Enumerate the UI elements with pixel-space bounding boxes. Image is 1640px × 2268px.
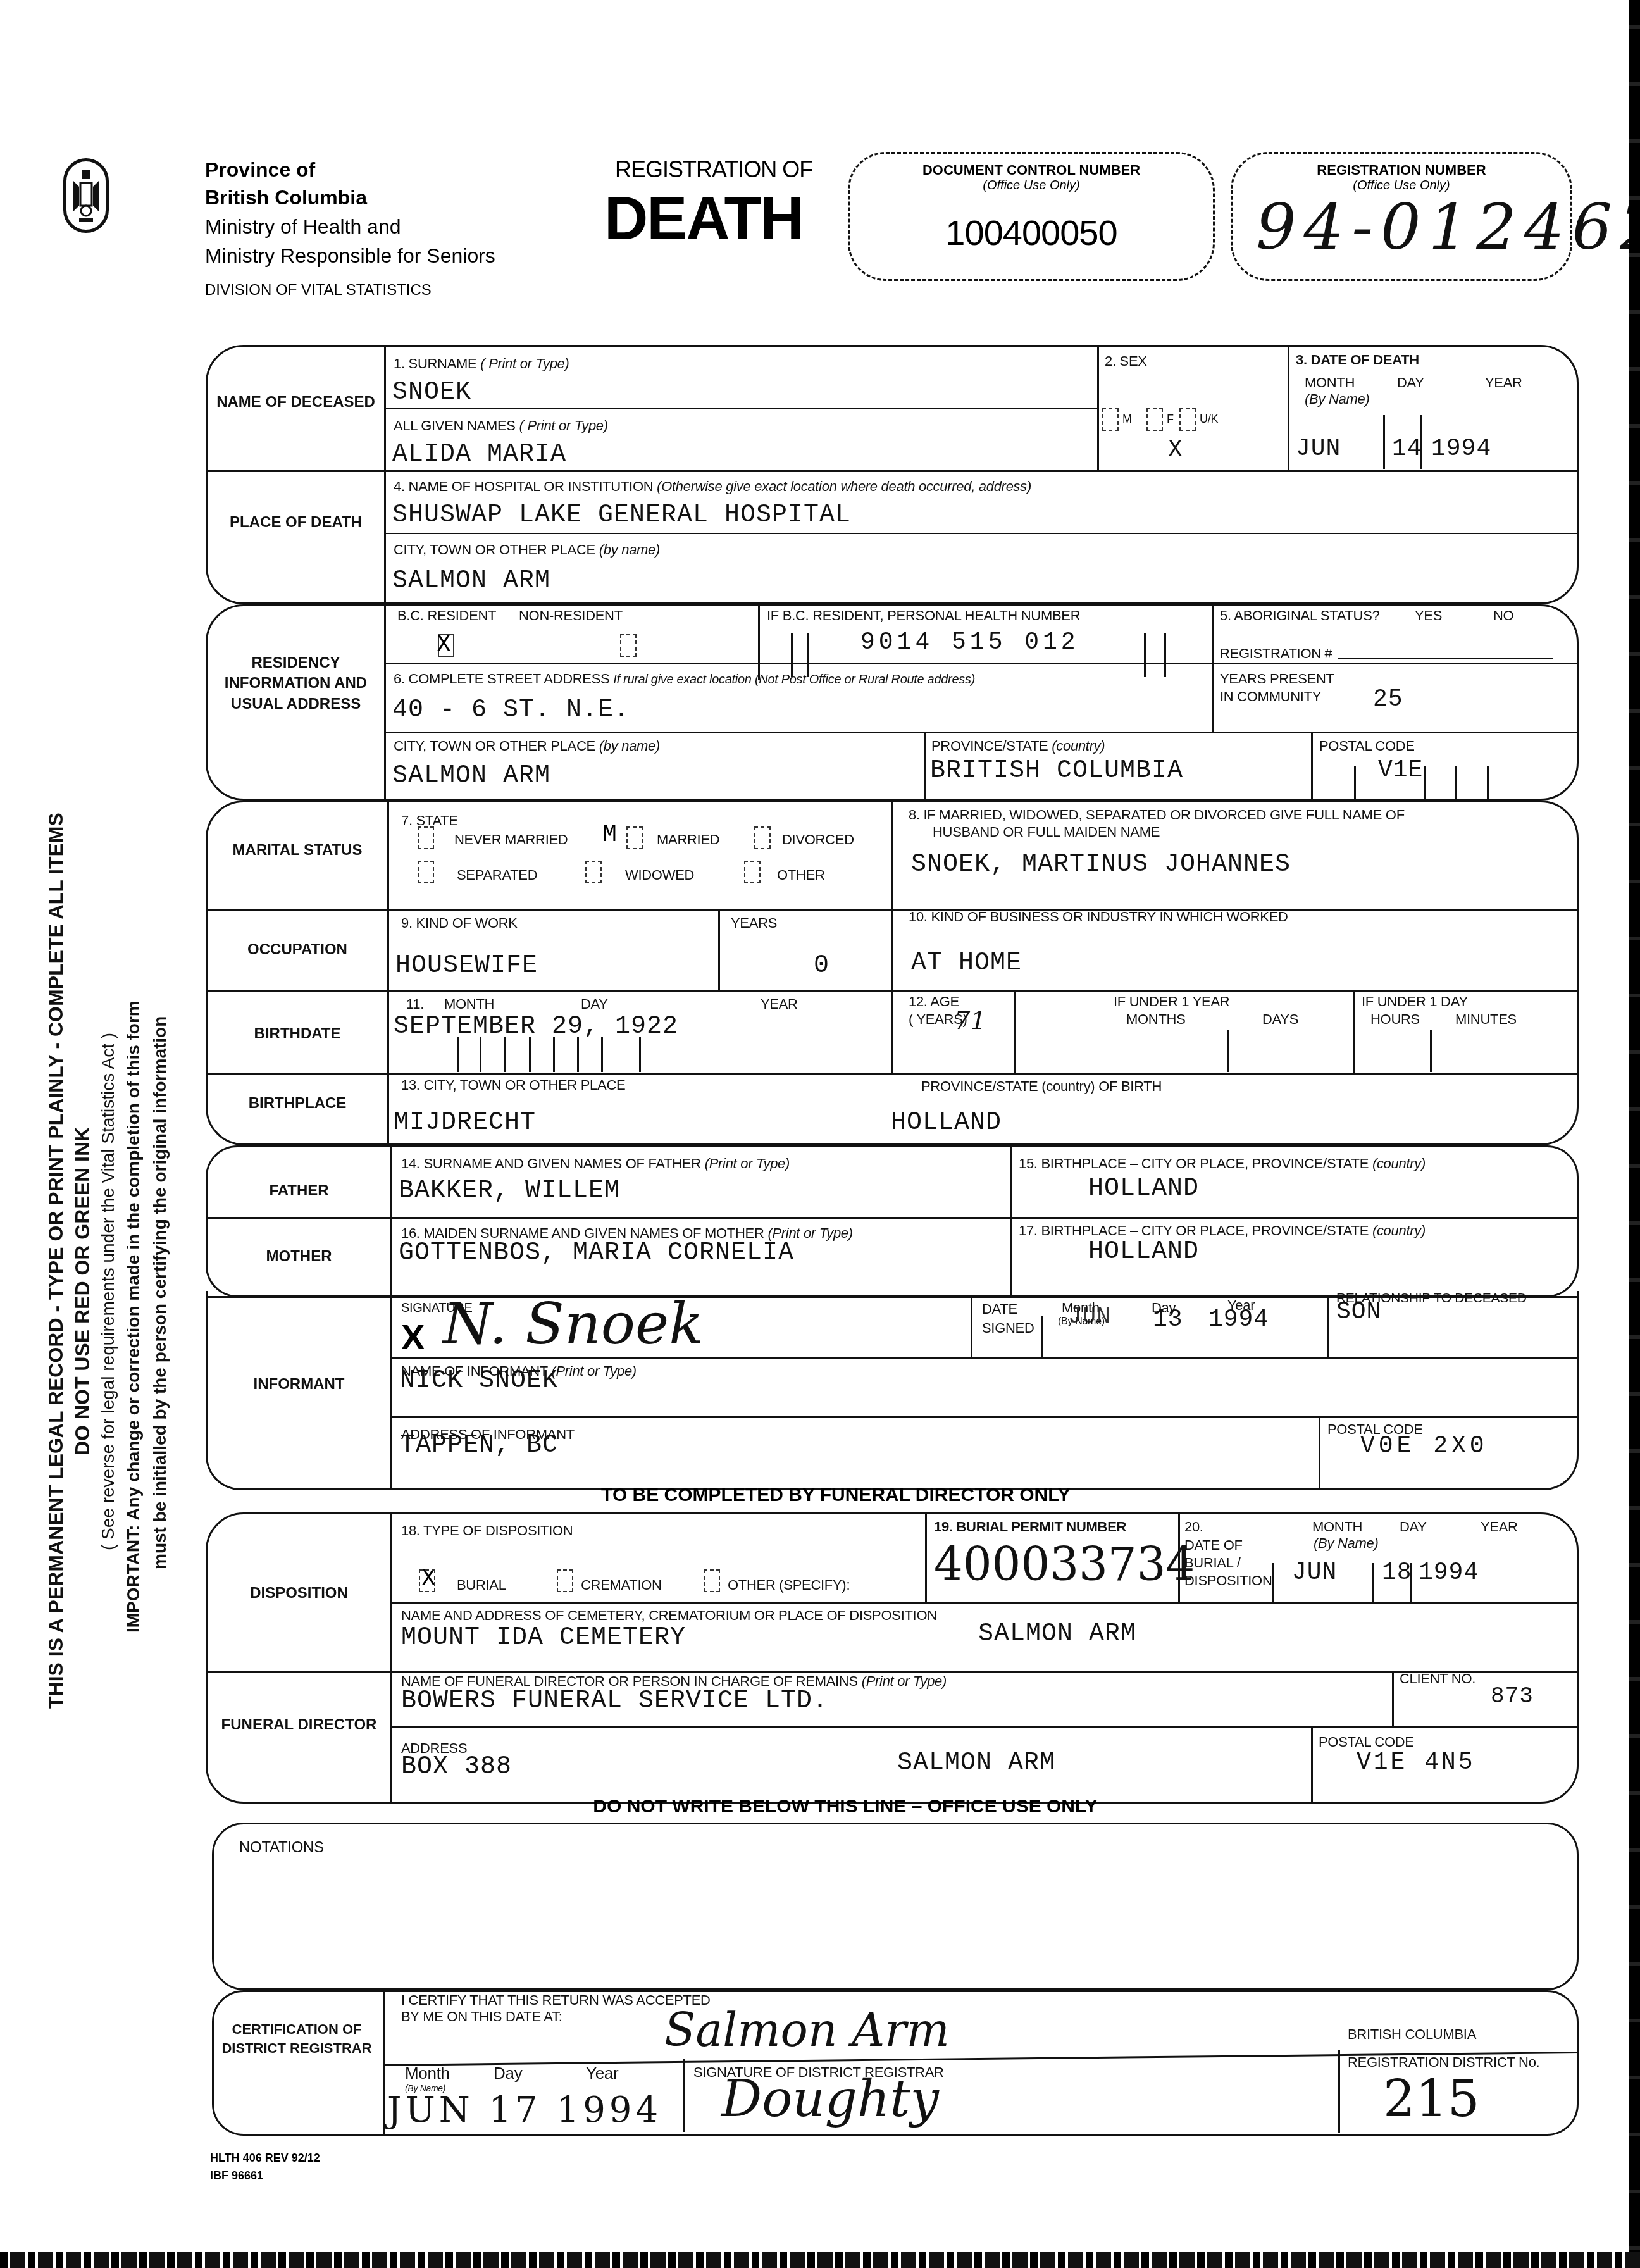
- ibf-code: IBF 96661: [210, 2169, 263, 2183]
- dod-year-value[interactable]: 1994: [1431, 435, 1491, 463]
- province-label: PROVINCE/STATE: [931, 738, 1048, 754]
- birth-month-label: MONTH: [444, 996, 494, 1012]
- business-label: 10. KIND OF BUSINESS OR INDUSTRY IN WHIC…: [909, 909, 1288, 925]
- hospital-hint: (Otherwise give exact location where dea…: [657, 478, 1031, 494]
- residence-city-value[interactable]: SALMON ARM: [392, 762, 550, 790]
- disposition-type-label: 18. TYPE OF DISPOSITION: [401, 1523, 573, 1538]
- informant-address-value[interactable]: TAPPEN, BC: [400, 1431, 558, 1460]
- disposition-month-hint: (By Name): [1314, 1535, 1378, 1551]
- other-checkbox[interactable]: [744, 861, 761, 883]
- section-label-mother: MOTHER: [209, 1247, 389, 1267]
- funeral-director-banner: TO BE COMPLETED BY FUNERAL DIRECTOR ONLY: [0, 1485, 1640, 1506]
- spouse-label-2: HUSBAND OR FULL MAIDEN NAME: [933, 824, 1160, 840]
- kind-of-work-label: 9. KIND OF WORK: [401, 915, 518, 931]
- option-divorced: DIVORCED: [782, 832, 854, 847]
- section-label-name-of-deceased: NAME OF DECEASED: [209, 392, 383, 413]
- reg-number-value: 94-012462: [1256, 190, 1640, 264]
- aboriginal-yes-label: YES: [1415, 607, 1442, 623]
- widowed-checkbox[interactable]: [585, 861, 602, 883]
- phn-value[interactable]: 9014 515 012: [860, 629, 1079, 656]
- section-label-father: FATHER: [209, 1181, 389, 1201]
- surname-value[interactable]: SNOEK: [392, 378, 471, 407]
- cemetery-city-value[interactable]: SALMON ARM: [978, 1620, 1136, 1648]
- cemetery-value[interactable]: MOUNT IDA CEMETERY: [401, 1624, 686, 1652]
- section-label-birthdate: BIRTHDATE: [209, 1024, 386, 1044]
- surname-hint: ( Print or Type): [480, 356, 569, 371]
- sex-checkbox-uk[interactable]: [1179, 408, 1196, 431]
- province-line-2: British Columbia: [205, 184, 367, 211]
- registration-label: REGISTRATION #: [1220, 645, 1332, 661]
- cremation-checkbox[interactable]: [557, 1569, 573, 1592]
- disposition-date-number: 20.: [1184, 1519, 1203, 1535]
- doc-control-value: 100400050: [848, 212, 1215, 253]
- section-label-funeral-director: FUNERAL DIRECTOR: [209, 1715, 389, 1735]
- death-city-value[interactable]: SALMON ARM: [392, 567, 550, 595]
- aboriginal-status-label: 5. ABORIGINAL STATUS?: [1220, 607, 1379, 623]
- client-no-label: CLIENT NO.: [1400, 1671, 1475, 1686]
- informant-name-hint: (Print or Type): [551, 1363, 636, 1379]
- registration-input[interactable]: [1338, 658, 1553, 659]
- side-instruction-2: DO NOT USE RED OR GREEN INK: [71, 1127, 94, 1455]
- father-name-label: 14. SURNAME AND GIVEN NAMES OF FATHER: [401, 1156, 701, 1171]
- certify-line-2: BY ME ON THIS DATE AT:: [401, 2009, 562, 2024]
- ministry-line-1: Ministry of Health and: [205, 213, 401, 240]
- work-years-label: YEARS: [731, 915, 777, 931]
- father-birthplace-label: 15. BIRTHPLACE – CITY OR PLACE, PROVINCE…: [1019, 1156, 1369, 1171]
- funeral-director-address-value[interactable]: BOX 388: [401, 1753, 512, 1781]
- cert-month-label: Month: [405, 2064, 450, 2083]
- disposition-day-label: DAY: [1400, 1519, 1427, 1535]
- certification-place[interactable]: Salmon Arm: [664, 2003, 950, 2057]
- funeral-director-city-value[interactable]: SALMON ARM: [897, 1749, 1055, 1778]
- birthdate-number: 11.: [406, 996, 424, 1012]
- street-hint: If rural give exact location (Not Post O…: [613, 673, 975, 687]
- disposition-month-value[interactable]: JUN: [1292, 1559, 1337, 1586]
- date-signed-label-2: SIGNED: [982, 1320, 1034, 1336]
- district-registrar-signature[interactable]: Doughty: [721, 2069, 939, 2128]
- under-year-label: IF UNDER 1 YEAR: [1114, 994, 1229, 1009]
- father-birthplace-hint: (country): [1372, 1156, 1426, 1171]
- option-married: MARRIED: [657, 832, 719, 847]
- office-use-banner: DO NOT WRITE BELOW THIS LINE – OFFICE US…: [0, 1796, 1640, 1817]
- birthdate-value[interactable]: SEPTEMBER 29, 1922: [394, 1012, 678, 1041]
- birth-city-value[interactable]: MIJDRECHT: [394, 1109, 536, 1137]
- burial-checkbox[interactable]: [419, 1569, 435, 1592]
- form-title: DEATH: [604, 187, 803, 251]
- scan-edge-right: [1629, 0, 1640, 2268]
- doc-control-sublabel: (Office Use Only): [848, 178, 1215, 193]
- sex-label: 2. SEX: [1105, 353, 1147, 369]
- funeral-director-name-hint: (Print or Type): [862, 1673, 947, 1689]
- married-checkbox[interactable]: [626, 826, 643, 849]
- option-separated: SEPARATED: [457, 867, 537, 883]
- work-years-value[interactable]: 0: [814, 952, 829, 980]
- non-resident-checkbox[interactable]: [620, 634, 637, 657]
- option-never-married: NEVER MARRIED: [454, 832, 568, 847]
- father-name-value[interactable]: BAKKER, WILLEM: [399, 1177, 620, 1206]
- section-label-residency: RESIDENCY INFORMATION AND USUAL ADDRESS: [209, 653, 383, 714]
- form-subtitle: REGISTRATION OF: [615, 156, 812, 184]
- under-day-label: IF UNDER 1 DAY: [1362, 994, 1468, 1009]
- informant-postal-value[interactable]: V0E 2X0: [1360, 1433, 1488, 1460]
- scan-edge-bottom: [0, 2252, 1640, 2268]
- disposition-date-label: DATE OF BURIAL / DISPOSITION: [1184, 1536, 1254, 1590]
- option-other-specify: OTHER (SPECIFY):: [728, 1577, 850, 1593]
- birth-year-label: YEAR: [761, 996, 798, 1012]
- division-label: DIVISION OF VITAL STATISTICS: [205, 281, 432, 300]
- sex-option-uk: U/K: [1200, 413, 1218, 426]
- spouse-label-1: 8. IF MARRIED, WIDOWED, SEPARATED OR DIV…: [909, 807, 1405, 823]
- notations-box[interactable]: [212, 1822, 1579, 1990]
- section-label-disposition: DISPOSITION: [209, 1583, 389, 1604]
- date-signed-month-value[interactable]: JUN: [1068, 1304, 1111, 1330]
- dod-year-label: YEAR: [1485, 375, 1522, 390]
- disposition-year-value[interactable]: 1994: [1419, 1559, 1479, 1586]
- non-resident-label: NON-RESIDENT: [519, 607, 623, 623]
- disposition-year-label: YEAR: [1481, 1519, 1518, 1535]
- street-value[interactable]: 40 - 6 ST. N.E.: [392, 696, 630, 725]
- cert-day-label: Day: [494, 2064, 522, 2083]
- residence-city-hint: (by name): [599, 738, 660, 754]
- dod-day-value[interactable]: 14: [1392, 435, 1422, 463]
- business-value[interactable]: AT HOME: [911, 949, 1022, 978]
- given-names-label: ALL GIVEN NAMES: [394, 418, 516, 433]
- option-widowed: WIDOWED: [625, 867, 694, 883]
- dod-month-label: MONTH: [1305, 375, 1355, 390]
- province-hint: (country): [1052, 738, 1105, 754]
- form-code: HLTH 406 REV 92/12: [210, 2152, 320, 2165]
- cert-date-value[interactable]: JUN 17 1994: [387, 2090, 662, 2131]
- section-label-certification: CERTIFICATION OF DISTRICT REGISTRAR: [212, 2020, 382, 2057]
- death-city-hint: (by name): [599, 542, 660, 558]
- date-signed-day-value[interactable]: 13: [1153, 1306, 1183, 1333]
- birth-province-label: PROVINCE/STATE (country) OF BIRTH: [921, 1078, 1162, 1094]
- side-instruction-1: THIS IS A PERMANENT LEGAL RECORD - TYPE …: [44, 813, 68, 1709]
- notations-label: NOTATIONS: [239, 1839, 324, 1857]
- sex-option-f: F: [1167, 413, 1174, 426]
- hospital-label: 4. NAME OF HOSPITAL OR INSTITUTION: [394, 478, 653, 494]
- side-instruction-4: IMPORTANT: Any change or correction made…: [123, 1000, 144, 1633]
- years-present-value[interactable]: 25: [1373, 686, 1403, 713]
- ministry-line-2: Ministry Responsible for Seniors: [205, 242, 495, 270]
- other-disposition-checkbox[interactable]: [704, 1569, 720, 1592]
- years-present-label-2: IN COMMUNITY: [1220, 688, 1321, 704]
- kind-of-work-value[interactable]: HOUSEWIFE: [395, 952, 538, 980]
- option-burial: BURIAL: [457, 1577, 506, 1593]
- separated-checkbox[interactable]: [418, 861, 434, 883]
- mother-birthplace-value[interactable]: HOLLAND: [1088, 1238, 1199, 1266]
- section-label-birthplace: BIRTHPLACE: [209, 1093, 386, 1114]
- postal-code-value[interactable]: V1E: [1378, 757, 1423, 784]
- doc-control-label: DOCUMENT CONTROL NUMBER: [848, 162, 1215, 178]
- sex-checkbox-f[interactable]: [1146, 408, 1163, 431]
- divorced-checkbox[interactable]: [754, 826, 771, 849]
- father-birthplace-value[interactable]: HOLLAND: [1088, 1174, 1199, 1203]
- disposition-day-value[interactable]: 18: [1382, 1559, 1412, 1586]
- signature-x-mark: X: [401, 1316, 425, 1357]
- surname-label: 1. SURNAME: [394, 356, 476, 371]
- given-names-value[interactable]: ALIDA MARIA: [392, 440, 566, 469]
- disposition-month-label: MONTH: [1312, 1519, 1362, 1535]
- father-name-hint: (Print or Type): [705, 1156, 790, 1171]
- death-city-label: CITY, TOWN OR OTHER PLACE: [394, 542, 595, 558]
- years-present-label-1: YEARS PRESENT: [1220, 671, 1334, 687]
- burial-permit-value[interactable]: 400033734: [934, 1538, 1195, 1591]
- bc-resident-label: B.C. RESIDENT: [397, 607, 496, 623]
- british-columbia-label: BRITISH COLUMBIA: [1348, 2026, 1476, 2042]
- dod-day-label: DAY: [1397, 375, 1424, 390]
- sex-mark: X: [1168, 437, 1183, 464]
- hours-label: HOURS: [1370, 1011, 1420, 1027]
- dod-month-hint: (By Name): [1305, 391, 1369, 407]
- side-instruction-3: ( See reverse for legal requirements und…: [98, 1033, 118, 1550]
- cemetery-label: NAME AND ADDRESS OF CEMETERY, CREMATORIU…: [401, 1607, 937, 1623]
- relationship-value[interactable]: SON: [1336, 1299, 1381, 1326]
- mother-birthplace-label: 17. BIRTHPLACE – CITY OR PLACE, PROVINCE…: [1019, 1223, 1369, 1238]
- date-of-death-label: 3. DATE OF DEATH: [1296, 352, 1419, 368]
- section-label-occupation: OCCUPATION: [209, 940, 386, 960]
- birth-day-label: DAY: [581, 996, 608, 1012]
- birth-province-value[interactable]: HOLLAND: [891, 1109, 1002, 1137]
- option-other: OTHER: [777, 867, 825, 883]
- registration-district-label: REGISTRATION DISTRICT No.: [1348, 2054, 1539, 2070]
- funeral-director-name-value[interactable]: BOWERS FUNERAL SERVICE LTD.: [401, 1687, 828, 1716]
- never-married-checkbox[interactable]: [418, 826, 434, 849]
- section-label-marital-status: MARITAL STATUS: [209, 840, 386, 861]
- burial-permit-label: 19. BURIAL PERMIT NUMBER: [934, 1519, 1126, 1535]
- mother-name-value[interactable]: GOTTENBOS, MARIA CORNELIA: [399, 1239, 794, 1268]
- age-label: 12. AGE: [909, 994, 959, 1009]
- sex-option-m: M: [1122, 413, 1132, 426]
- postal-code-label: POSTAL CODE: [1319, 738, 1415, 754]
- registration-district-value[interactable]: 215: [1383, 2069, 1480, 2128]
- residence-city-label: CITY, TOWN OR OTHER PLACE: [394, 738, 595, 754]
- minutes-label: MINUTES: [1455, 1011, 1517, 1027]
- informant-signature[interactable]: N. Snoek: [443, 1291, 704, 1357]
- crest-icon: [66, 161, 106, 230]
- province-value[interactable]: BRITISH COLUMBIA: [930, 757, 1183, 785]
- days-label: DAYS: [1262, 1011, 1298, 1027]
- date-signed-label-1: DATE: [982, 1301, 1017, 1317]
- section-label-informant: INFORMANT: [209, 1374, 389, 1395]
- cert-year-label: Year: [586, 2064, 618, 2083]
- option-cremation: CREMATION: [581, 1577, 662, 1593]
- informant-name-value[interactable]: NICK SNOEK: [400, 1367, 558, 1395]
- sex-checkbox-m[interactable]: [1102, 408, 1119, 431]
- street-label: 6. COMPLETE STREET ADDRESS: [394, 671, 609, 687]
- dod-month-value[interactable]: JUN: [1296, 435, 1341, 463]
- reg-number-label: REGISTRATION NUMBER: [1231, 162, 1572, 178]
- spouse-value[interactable]: SNOEK, MARTINUS JOHANNES: [911, 850, 1291, 879]
- client-no-value[interactable]: 873: [1491, 1683, 1534, 1709]
- bc-resident-mark: X: [437, 632, 451, 659]
- province-line-1: Province of: [205, 156, 315, 184]
- mother-birthplace-hint: (country): [1372, 1223, 1426, 1238]
- aboriginal-no-label: NO: [1493, 607, 1513, 623]
- funeral-director-postal-value[interactable]: V1E 4N5: [1357, 1749, 1475, 1776]
- date-signed-year-value[interactable]: 1994: [1208, 1306, 1269, 1333]
- married-mark: M: [602, 821, 617, 849]
- section-label-place-of-death: PLACE OF DEATH: [209, 513, 383, 533]
- phn-label: IF B.C. RESIDENT, PERSONAL HEALTH NUMBER: [767, 607, 1080, 623]
- months-label: MONTHS: [1126, 1011, 1186, 1027]
- hospital-value[interactable]: SHUSWAP LAKE GENERAL HOSPITAL: [392, 501, 851, 530]
- given-names-hint: ( Print or Type): [519, 418, 608, 433]
- age-value[interactable]: 71: [954, 1006, 986, 1035]
- funeral-director-postal-label: POSTAL CODE: [1319, 1734, 1414, 1750]
- bc-coat-of-arms-logo: [63, 158, 109, 233]
- birth-city-label: 13. CITY, TOWN OR OTHER PLACE: [401, 1077, 625, 1093]
